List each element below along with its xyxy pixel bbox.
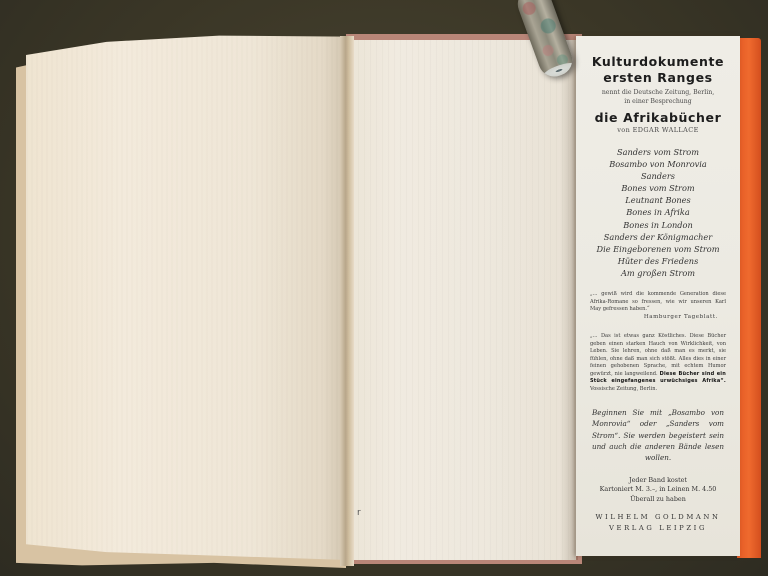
recommendation-text: Beginnen Sie mit „Bosambo von Monrovia“ … bbox=[592, 407, 724, 463]
flap-heading: die Afrikabücher bbox=[576, 110, 740, 125]
flap-title-line2: ersten Ranges bbox=[576, 70, 740, 86]
price-line2: Kartoniert M. 3.–, in Leinen M. 4.50 bbox=[576, 485, 740, 495]
dust-jacket-flap: Kulturdokumente ersten Ranges nennt die … bbox=[576, 36, 740, 556]
quote-text: „... gewiß wird die kommende Generation … bbox=[590, 291, 726, 312]
price-line1: Jeder Band kostet bbox=[576, 476, 740, 486]
price-line3: Überall zu haben bbox=[576, 495, 740, 505]
flap-author: von EDGAR WALLACE bbox=[576, 126, 740, 134]
book-title: Sanders vom Strom bbox=[576, 146, 740, 158]
book-title: Hüter des Friedens bbox=[576, 255, 740, 267]
publisher-line2: VERLAG LEIPZIG bbox=[576, 523, 740, 534]
flap-subtitle: nennt die Deutsche Zeitung, Berlin, in e… bbox=[576, 88, 740, 106]
book-title: Bones in Afrika bbox=[576, 206, 740, 218]
flap-title: Kulturdokumente ersten Ranges bbox=[576, 54, 740, 86]
publisher-imprint: WILHELM GOLDMANN VERLAG LEIPZIG bbox=[576, 512, 740, 534]
quote-source: Hamburger Tageblatt. bbox=[590, 314, 718, 322]
book-title: Bones in London bbox=[576, 219, 740, 231]
review-quote-vossische: „... Das ist etwas ganz Köstliches. Dies… bbox=[590, 333, 726, 393]
book-title: Bosambo von Monrovia bbox=[576, 158, 740, 170]
book-title: Sanders bbox=[576, 170, 740, 182]
book-title: Bones vom Strom bbox=[576, 182, 740, 194]
book-title: Die Eingeborenen vom Strom bbox=[576, 243, 740, 255]
book-title-list: Sanders vom Strom Bosambo von Monrovia S… bbox=[576, 146, 740, 279]
flap-subtitle-line1: nennt die Deutsche Zeitung, Berlin, bbox=[576, 88, 740, 97]
right-endpaper bbox=[352, 40, 576, 560]
review-quote-hamburger: „... gewiß wird die kommende Generation … bbox=[590, 291, 726, 321]
flap-subtitle-line2: in einer Besprechung bbox=[576, 97, 740, 106]
book-gutter bbox=[340, 36, 354, 566]
book-title: Sanders der Königmacher bbox=[576, 231, 740, 243]
quote-source: Vossische Zeitung, Berlin. bbox=[590, 386, 657, 392]
flap-title-line1: Kulturdokumente bbox=[576, 54, 740, 70]
book-title: Am großen Strom bbox=[576, 267, 740, 279]
dust-jacket-orange-edge bbox=[737, 38, 761, 558]
price-info: Jeder Band kostet Kartoniert M. 3.–, in … bbox=[576, 476, 740, 505]
left-blank-page bbox=[26, 34, 348, 560]
book-photo-scene: r Kulturdokumente ersten Ranges nennt di… bbox=[0, 0, 768, 576]
pencil-mark: r bbox=[357, 508, 361, 518]
publisher-line1: WILHELM GOLDMANN bbox=[576, 512, 740, 523]
book-title: Leutnant Bones bbox=[576, 194, 740, 206]
